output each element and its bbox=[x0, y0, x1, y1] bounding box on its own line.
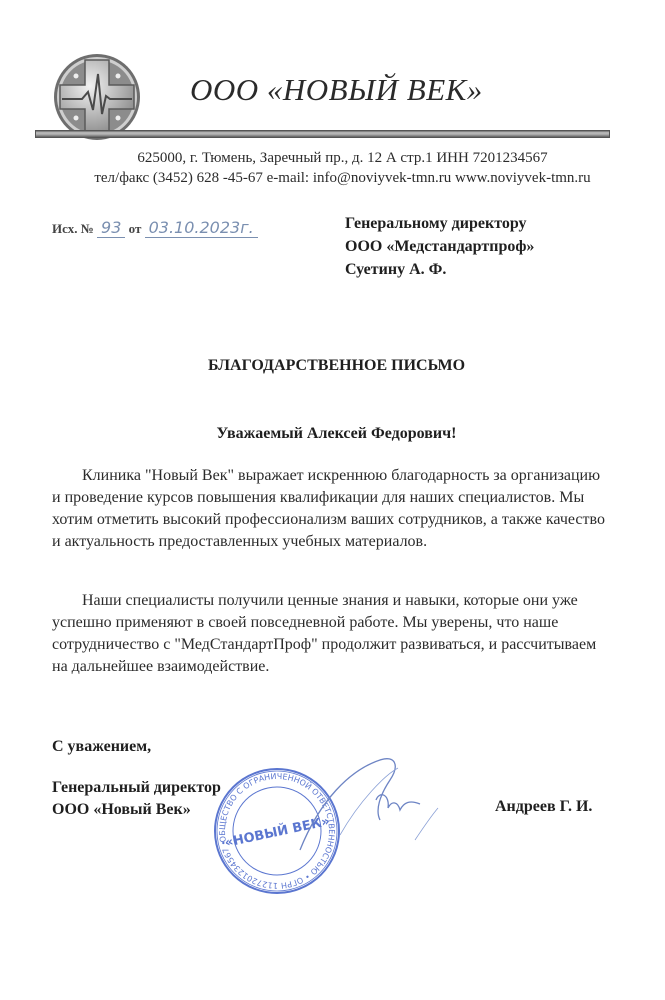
paragraph-text: Клиника "Новый Век" выражает искреннюю б… bbox=[52, 465, 612, 553]
signatory-position: Генеральный директор ООО «Новый Век» bbox=[52, 777, 221, 821]
signatory-name: Андреев Г. И. bbox=[495, 798, 592, 816]
salutation: Уважаемый Алексей Федорович! bbox=[0, 425, 665, 443]
outgoing-date-label: от bbox=[129, 221, 142, 236]
document-title: БЛАГОДАРСТВЕННОЕ ПИСЬМО bbox=[0, 357, 665, 375]
signature-scribble-icon bbox=[280, 740, 440, 870]
body-paragraph-1: Клиника "Новый Век" выражает искреннюю б… bbox=[52, 465, 612, 553]
signatory-title: Генеральный директор bbox=[52, 777, 221, 799]
paragraph-text: Наши специалисты получили ценные знания … bbox=[52, 590, 612, 678]
recipient-company: ООО «Медстандартпроф» bbox=[345, 235, 534, 258]
company-address: 625000, г. Тюмень, Заречный пр., д. 12 А… bbox=[0, 150, 665, 167]
recipient-block: Генеральному директору ООО «Медстандартп… bbox=[345, 212, 534, 281]
outgoing-label: Исх. № bbox=[52, 221, 94, 236]
closing-phrase: С уважением, bbox=[52, 738, 151, 756]
outgoing-number: 93 bbox=[97, 218, 125, 238]
company-contacts: тел/факс (3452) 628 -45-67 e-mail: info@… bbox=[0, 170, 665, 187]
header-divider bbox=[35, 130, 610, 138]
signatory-company: ООО «Новый Век» bbox=[52, 799, 221, 821]
recipient-name: Суетину А. Ф. bbox=[345, 258, 534, 281]
body-paragraph-2: Наши специалисты получили ценные знания … bbox=[52, 590, 612, 678]
company-title: ООО «НОВЫЙ ВЕК» bbox=[0, 72, 665, 108]
recipient-position: Генеральному директору bbox=[345, 212, 534, 235]
outgoing-reference: Исх. № 93 от 03.10.2023г. bbox=[52, 218, 258, 237]
handwritten-signature bbox=[280, 740, 440, 870]
outgoing-date: 03.10.2023г. bbox=[145, 218, 258, 238]
